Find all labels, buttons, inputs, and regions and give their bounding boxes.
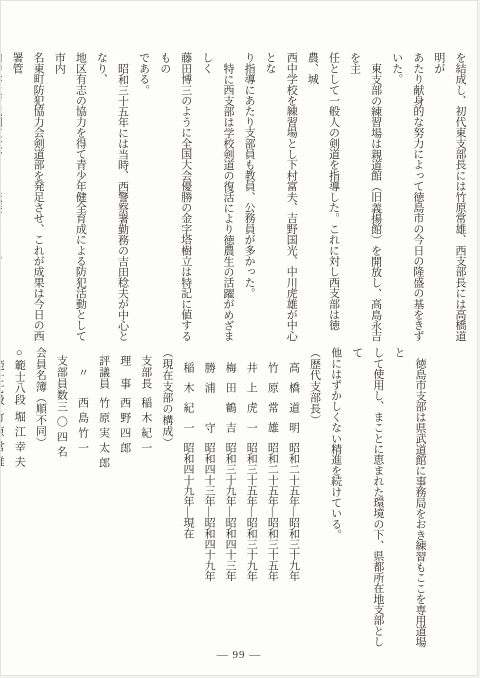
officer-term: 昭和二十五年—昭和三十九年 xyxy=(287,442,299,581)
text-line: 内中学生防犯剣道大会として発展してきた。 xyxy=(0,52,6,350)
officer-entry: 梅田鶴吉昭和三十九年—昭和四十三年 xyxy=(219,347,240,649)
ditto-mark: 〃 xyxy=(71,367,92,397)
role-name: 稲木紀一 xyxy=(140,397,152,457)
role-label: 理 事 xyxy=(114,355,135,397)
scanned-book-page: を結成し、初代東支部長には竹原常雄、西支部長には高橋道明が あたり献身的な努力に… xyxy=(0,0,478,676)
officer-entry: 竹原常雄昭和二十五年—昭和三十五年 xyxy=(261,347,282,649)
role-label: 支部長 xyxy=(135,355,156,397)
officer-name: 竹原常雄 xyxy=(266,362,278,442)
rank-holder-name: 竹原常雄 xyxy=(0,411,4,471)
role-name: 竹原実太郎 xyxy=(98,397,110,472)
text-line: 東支部の練習場は親道館（旧義揚館）を開放し、高島永吉を主 xyxy=(343,52,385,350)
rank-holder-name: 堀江幸夫 xyxy=(13,411,25,471)
officer-entry: 稲木紀一昭和四十九年—現在 xyxy=(177,347,198,649)
rank-label: ○範士七段 xyxy=(0,347,4,406)
officer-entry: 高橋道明昭和二十五年—昭和三十九年 xyxy=(282,347,303,649)
text-line: り指導にあたり支部員も教員、公務員が多かった。 xyxy=(238,52,259,350)
text-line: 昭和三十五年には当時、西警察署勤務の吉田稔夫が中心となり、 xyxy=(90,52,132,350)
lower-text-band: 徳島市支部は県武道館に事務局をおき練習もここを専用道場と して使用し、まことに恵… xyxy=(0,347,430,649)
rank-label: ○範士八段 xyxy=(13,347,25,406)
officer-name: 勝浦 守 xyxy=(203,362,215,442)
role-name: 西島竹一 xyxy=(77,397,89,457)
officer-entry: 井上虎一昭和三十五年—昭和三十九年 xyxy=(240,347,261,649)
text-line: 他にはずかしくない精進を続けている。 xyxy=(325,347,346,649)
officer-name: 梅田鶴吉 xyxy=(224,362,236,442)
role-label: 評議員 xyxy=(93,355,114,397)
text-line: 特に西支部は学校剣道の復活により徳農生の活躍がめざましく xyxy=(196,52,238,350)
text-line: である。 xyxy=(133,52,154,350)
role-name: 西野四郎 xyxy=(119,397,131,457)
officer-name: 井上虎一 xyxy=(245,362,257,442)
officer-term: 昭和三十五年—昭和三十九年 xyxy=(245,442,257,581)
role-entry: 支部長稲木紀一 xyxy=(135,347,156,649)
text-line: あたり献身的な努力によって徳島市の今日の隆盛の基をきずいた。 xyxy=(386,52,428,350)
rank-entry: ○範士八段堀江幸夫 xyxy=(8,347,29,649)
rank-entry: ○範士七段竹原常雄 xyxy=(0,347,8,649)
text-line: して使用し、まことに恵まれた環境の下、県都所在地支部として xyxy=(346,347,388,649)
text-line: 地区有志の協力を得て青少年健全育成による防犯活動として市内 xyxy=(48,52,90,350)
officer-term: 昭和四十九年—現在 xyxy=(182,442,194,538)
upper-text-band: を結成し、初代東支部長には竹原常雄、西支部長には高橋道明が あたり献身的な努力に… xyxy=(0,52,470,350)
officer-entry: 勝浦 守昭和四十三年—昭和四十九年 xyxy=(198,347,219,649)
officer-name: 稲木紀一 xyxy=(182,362,194,442)
text-line: 名東町防犯協力会剣道部を発足させ、これが成果は今日の西署管 xyxy=(6,52,48,350)
section-header-meibo: 会員名簿（順不同） xyxy=(29,347,50,649)
text-line: 藤田博三のように全国大会優勝の金字塔樹立は特記に値するもの xyxy=(154,52,196,350)
page-number: — 99 — xyxy=(1,649,477,661)
officer-term: 昭和三十九年—昭和四十三年 xyxy=(224,442,236,581)
officer-term: 昭和四十三年—昭和四十九年 xyxy=(203,442,215,581)
member-count-value: 三〇四名 xyxy=(55,401,67,461)
officer-term: 昭和二十五年—昭和三十五年 xyxy=(266,442,278,581)
member-count-entry: 支部員数三〇四名 xyxy=(50,347,71,649)
role-entry: 評議員竹原実太郎 xyxy=(93,347,114,649)
role-entry: 理 事西野四郎 xyxy=(114,347,135,649)
member-count-label: 支部員数 xyxy=(50,355,71,401)
section-header-kousei: （現在支部の構成） xyxy=(156,347,177,649)
role-entry: 〃西島竹一 xyxy=(71,347,92,649)
text-line: 任として一般人の剣道を指導した。これに対し西支部は徳農、城 xyxy=(301,52,343,350)
officer-name: 高橋道明 xyxy=(287,362,299,442)
section-header-rekidai: （歴代支部長） xyxy=(303,347,324,649)
text-line: 徳島市支部は県武道館に事務局をおき練習もここを専用道場と xyxy=(388,347,430,649)
text-line: を結成し、初代東支部長には竹原常雄、西支部長には高橋道明が xyxy=(428,52,470,350)
text-line: 西中学校を練習場とし下村富夫、吉野国光、中川虎雄が中心とな xyxy=(259,52,301,350)
